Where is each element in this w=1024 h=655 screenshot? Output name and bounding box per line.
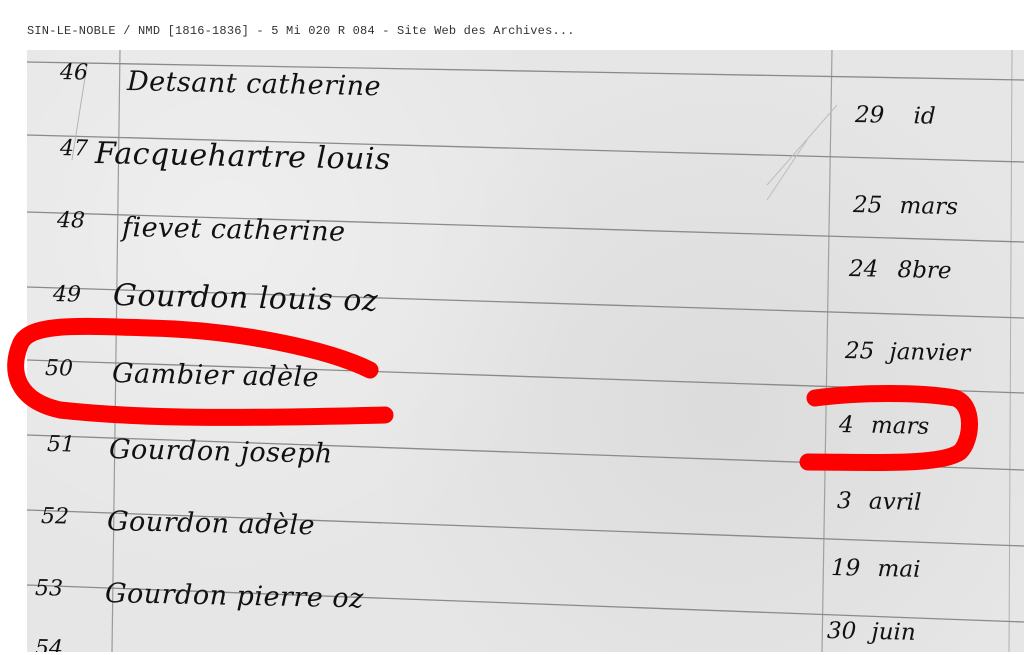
entry-date-day: 24 [849,256,879,283]
entry-number: 54 [35,636,64,652]
entry-date-day: 3 [837,488,852,514]
entry-number: 48 [57,208,86,234]
entry-date-day: 25 [845,338,875,365]
entry-date-month: 8bre [897,257,952,284]
entry-number: 46 [60,60,89,86]
entry-number: 51 [47,432,76,458]
entry-date-month: janvier [889,339,970,367]
entry-number: 53 [35,576,64,602]
entry-date-month-highlighted: mars [871,413,930,440]
entry-date-day: 29 [855,102,885,129]
entry-date-month: id [913,103,936,129]
archive-scan-image[interactable]: 46 Detsant catherine 47 Facquehartre lou… [27,50,1024,652]
entry-name: Gourdon louis oz [113,278,379,319]
entry-date-month: mars [899,193,958,220]
entry-number: 52 [41,504,70,530]
page-title: SIN-LE-NOBLE / NMD [1816-1836] - 5 Mi 02… [27,24,575,42]
entry-name: Gourdon adèle [107,506,316,541]
entry-number-highlighted: 50 [45,356,74,382]
entry-number: 47 [60,136,89,162]
entry-date-day-highlighted: 4 [839,412,854,438]
entry-name: fievet catherine [122,212,346,248]
entry-number: 49 [53,282,82,308]
entry-date-day: 19 [831,555,861,582]
entry-date-month: avril [869,489,922,516]
entry-name: Facquehartre louis [95,136,392,177]
entry-date-month: mai [877,556,920,583]
entry-name: Gourdon pierre oz [105,578,364,614]
entry-date-day: 25 [853,192,883,219]
entry-name-highlighted: Gambier adèle [112,358,320,393]
entry-date-month: juin [871,619,916,646]
entry-name: Gourdon joseph [109,434,333,470]
entry-name: Detsant catherine [127,66,382,102]
entry-date-day: 30 [827,618,857,645]
